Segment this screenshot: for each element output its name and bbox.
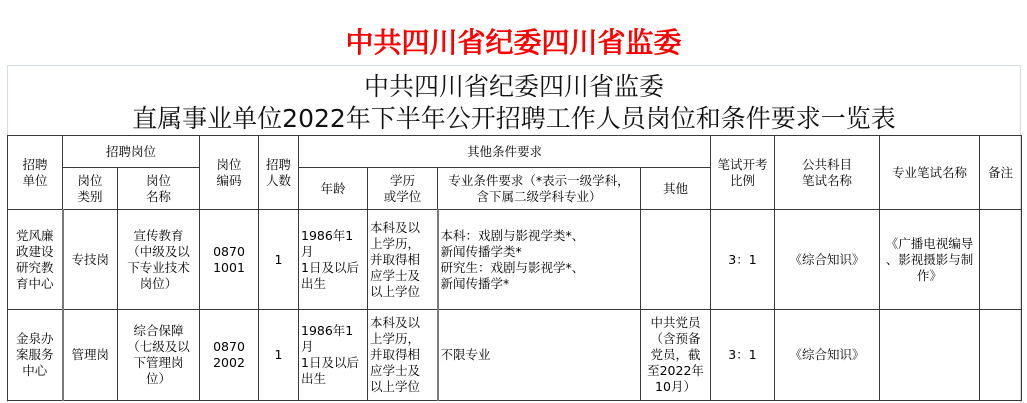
- header-position-group: 招聘岗位: [63, 136, 200, 168]
- header-professional-exam: 专业笔试名称: [880, 136, 980, 210]
- page-heading: 中共四川省纪委四川省监委: [0, 26, 1027, 60]
- cell-exam-ratio: 3：1: [711, 310, 775, 401]
- header-major: 专业条件要求（*表示一级学科， 含下属二级学科专业）: [438, 168, 641, 210]
- cell-remarks: [980, 210, 1022, 310]
- header-other: 其他: [641, 168, 711, 210]
- header-position-code: 岗位 编码: [200, 136, 259, 210]
- cell-position-name: 宣传教育 （中级及以 下专业技术 岗位）: [118, 210, 200, 310]
- cell-professional-exam: [880, 310, 980, 401]
- header-position-category: 岗位 类别: [63, 168, 118, 210]
- cell-unit: 金泉办 案服务 中心: [8, 310, 63, 401]
- cell-public-exam: 《综合知识》: [775, 210, 880, 310]
- cell-position-name: 综合保障 （七级及以 下管理岗 位）: [118, 310, 200, 401]
- cell-age: 1986年1月 1日及以后 出生: [299, 310, 368, 401]
- header-position-name: 岗位 名称: [118, 168, 200, 210]
- cell-headcount: 1: [259, 310, 299, 401]
- header-row-1: 招聘 单位 招聘岗位 岗位 编码 招聘 人数 其他条件要求 笔试开考 比例 公共…: [8, 136, 1022, 168]
- cell-public-exam: 《综合知识》: [775, 310, 880, 401]
- cell-age: 1986年1月 1日及以后 出生: [299, 210, 368, 310]
- cell-other: 中共党员 （含预备 党员，截 至2022年 10月）: [641, 310, 711, 401]
- table-row: 金泉办 案服务 中心 管理岗 综合保障 （七级及以 下管理岗 位） 0870 2…: [8, 310, 1022, 401]
- cell-position-category: 专技岗: [63, 210, 118, 310]
- cell-other: [641, 210, 711, 310]
- header-other-requirements-group: 其他条件要求: [299, 136, 711, 168]
- header-education: 学历 或学位: [368, 168, 438, 210]
- cell-exam-ratio: 3：1: [711, 210, 775, 310]
- cell-major: 本科：戏剧与影视学类*、 新闻传播学类* 研究生：戏剧与影视学*、 新闻传播学*: [438, 210, 641, 310]
- recruitment-table: 招聘 单位 招聘岗位 岗位 编码 招聘 人数 其他条件要求 笔试开考 比例 公共…: [7, 135, 1022, 401]
- page-heading-text: 中共四川省纪委四川省监委: [345, 26, 681, 59]
- cell-education: 本科及以 上学历， 并取得相 应学士及 以上学位: [368, 210, 438, 310]
- cell-professional-exam: 《广播电视编导 、影视摄影与制 作》: [880, 210, 980, 310]
- cell-remarks: [980, 310, 1022, 401]
- cell-position-category: 管理岗: [63, 310, 118, 401]
- table-title-line2: 直属事业单位2022年下半年公开招聘工作人员岗位和条件要求一览表: [8, 104, 1020, 134]
- cell-headcount: 1: [259, 210, 299, 310]
- cell-education: 本科及以 上学历， 并取得相 应学士及 以上学位: [368, 310, 438, 401]
- header-public-exam: 公共科目 笔试名称: [775, 136, 880, 210]
- table-title-line1: 中共四川省纪委四川省监委: [8, 72, 1020, 102]
- cell-position-code: 0870 1001: [200, 210, 259, 310]
- header-remarks: 备注: [980, 136, 1022, 210]
- cell-major: 不限专业: [438, 310, 641, 401]
- table-title-block: 中共四川省纪委四川省监委 直属事业单位2022年下半年公开招聘工作人员岗位和条件…: [8, 66, 1020, 136]
- cell-unit: 党风廉 政建设 研究教 育中心: [8, 210, 63, 310]
- header-age: 年龄: [299, 168, 368, 210]
- header-headcount: 招聘 人数: [259, 136, 299, 210]
- header-unit: 招聘 单位: [8, 136, 63, 210]
- table-row: 党风廉 政建设 研究教 育中心 专技岗 宣传教育 （中级及以 下专业技术 岗位）…: [8, 210, 1022, 310]
- header-exam-ratio: 笔试开考 比例: [711, 136, 775, 210]
- cell-position-code: 0870 2002: [200, 310, 259, 401]
